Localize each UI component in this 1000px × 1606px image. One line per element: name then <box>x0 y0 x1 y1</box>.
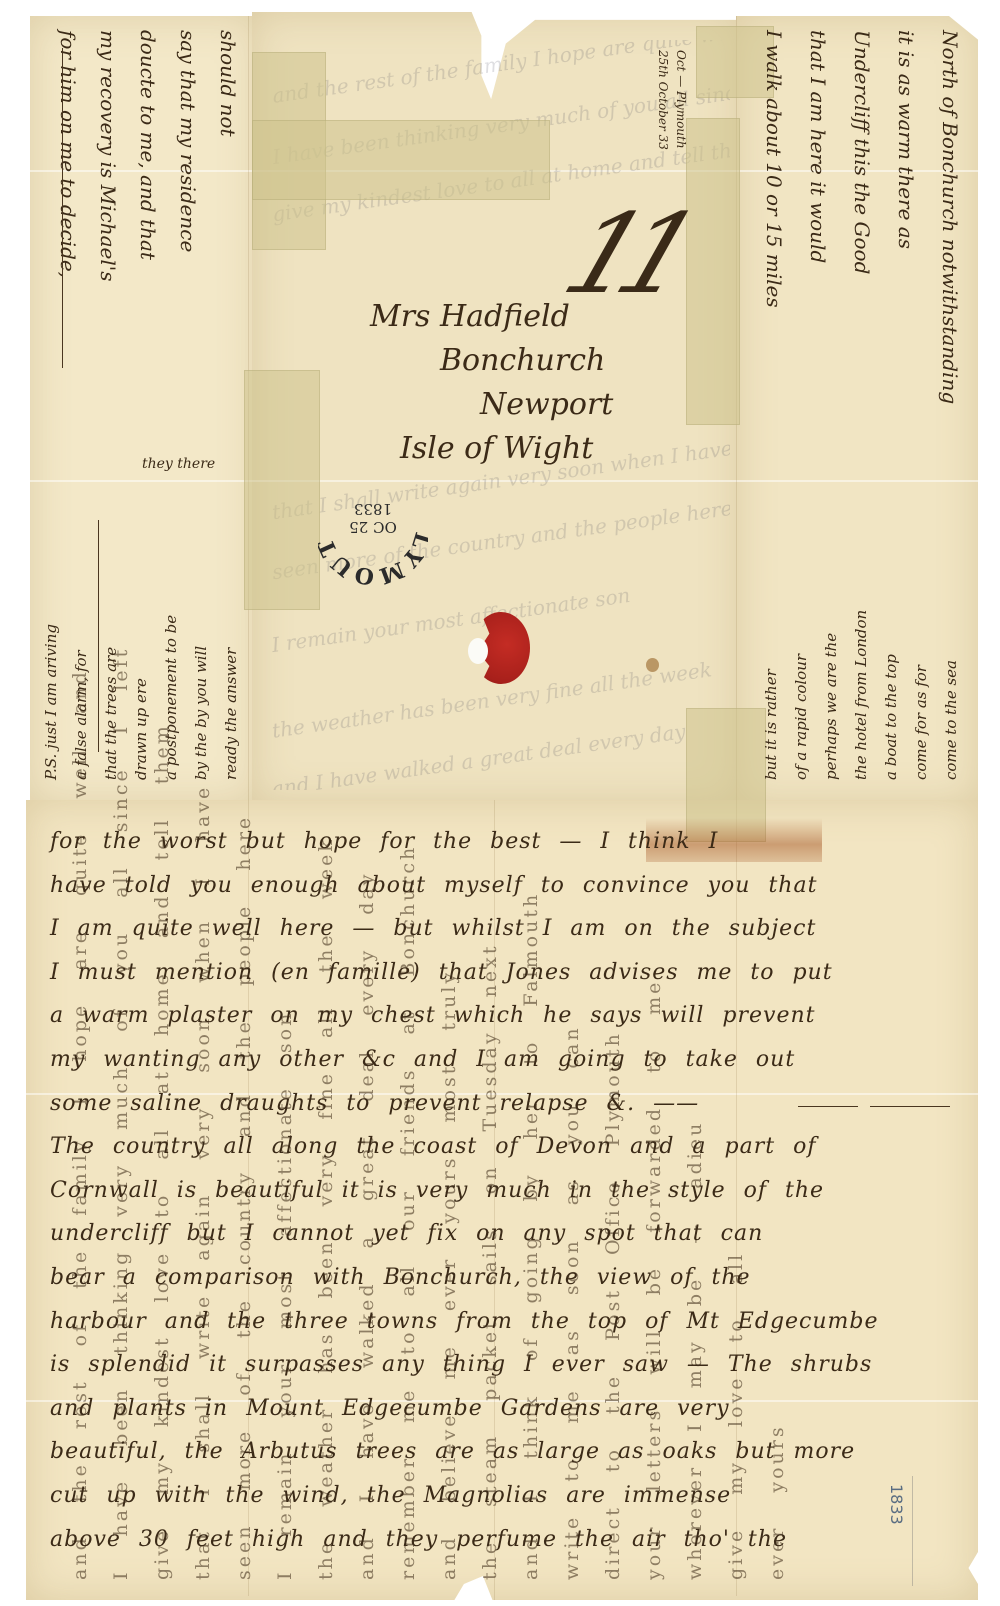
text-line: The country all along the coast of Devon… <box>50 1125 970 1169</box>
text-line: I am quite well here — but whilst I am o… <box>50 907 970 951</box>
text-line: they there <box>142 456 215 472</box>
text-line: perhaps we are the <box>816 610 846 780</box>
address-line-town: Bonchurch <box>360 339 740 383</box>
text-line: my wanting any other &c and I am going t… <box>50 1038 970 1082</box>
text-line: a boat to the top <box>876 610 906 780</box>
ink-stain <box>646 658 659 672</box>
text-line: Cornwall is beautiful it is very much in… <box>50 1169 970 1213</box>
letter-body-text: for the worst but hope for the best — I … <box>50 820 970 1561</box>
address-line-post-town: Newport <box>360 383 740 427</box>
endorsement-line: 25th October 33 <box>654 50 672 150</box>
postmark-stamp: PLYMOUTH OC 25 1833 <box>318 478 428 588</box>
pencil-rule <box>912 1476 913 1586</box>
text-line: come to the sea <box>936 610 966 780</box>
text-line: bear a comparison with Bonchurch, the vi… <box>50 1256 970 1300</box>
address-line-county: Isle of Wight <box>360 427 740 471</box>
svg-text:1833: 1833 <box>354 500 392 518</box>
svg-text:OC 25: OC 25 <box>349 518 397 536</box>
text-line: and plants in Mount Edgecumbe Gardens ar… <box>50 1387 970 1431</box>
ink-dash <box>798 1106 858 1107</box>
text-line: P.S. just I am ariving <box>36 615 66 780</box>
text-line: I must mention (en famille) that Jones a… <box>50 951 970 995</box>
repair-tape <box>244 370 320 610</box>
postscript-text: P.S. just I am ariving a false alarm, fo… <box>36 615 246 780</box>
text-line: a warm plaster on my chest which he says… <box>50 994 970 1038</box>
text-line: some saline draughts to prevent relapse … <box>50 1082 970 1126</box>
text-line: by the by you will <box>186 615 216 780</box>
text-line: have told you enough about myself to con… <box>50 864 970 908</box>
text-line: is splendid it surpasses any thing I eve… <box>50 1343 970 1387</box>
recipient-address: Mrs Hadfield Bonchurch Newport Isle of W… <box>360 295 740 471</box>
seal-tear <box>468 638 488 664</box>
ink-dash <box>870 1106 950 1107</box>
recipient-name: Mrs Hadfield <box>360 295 740 339</box>
archive-number: 1833 <box>887 1484 906 1525</box>
text-line: undercliff but I cannot yet fix on any s… <box>50 1212 970 1256</box>
right-panel-inverted-text: but it is rather of a rapid colour perha… <box>756 610 966 780</box>
text-line: harbour and the three towns from the top… <box>50 1300 970 1344</box>
text-line: of a rapid colour <box>786 610 816 780</box>
margin-rule <box>62 48 63 368</box>
endorsement-line: Oct — Plymouth <box>672 50 690 150</box>
text-line: the hotel from London <box>846 610 876 780</box>
text-line: for the worst but hope for the best — I … <box>50 820 970 864</box>
text-line: cut up with the wind, the Magnolias are … <box>50 1474 970 1518</box>
repair-tape <box>252 120 550 200</box>
text-line: above 30 feet high and they perfume the … <box>50 1518 970 1562</box>
docket-endorsement: Oct — Plymouth 25th October 33 <box>654 50 690 150</box>
postmark-circle-icon: PLYMOUTH OC 25 1833 <box>318 478 428 588</box>
text-line: come for as for <box>906 610 936 780</box>
text-line: beautiful, the Arbutus trees are as larg… <box>50 1430 970 1474</box>
svg-text:PLYMOUTH: PLYMOUTH <box>318 529 428 588</box>
text-line: ready the answer <box>216 615 246 780</box>
text-line: but it is rather <box>756 610 786 780</box>
